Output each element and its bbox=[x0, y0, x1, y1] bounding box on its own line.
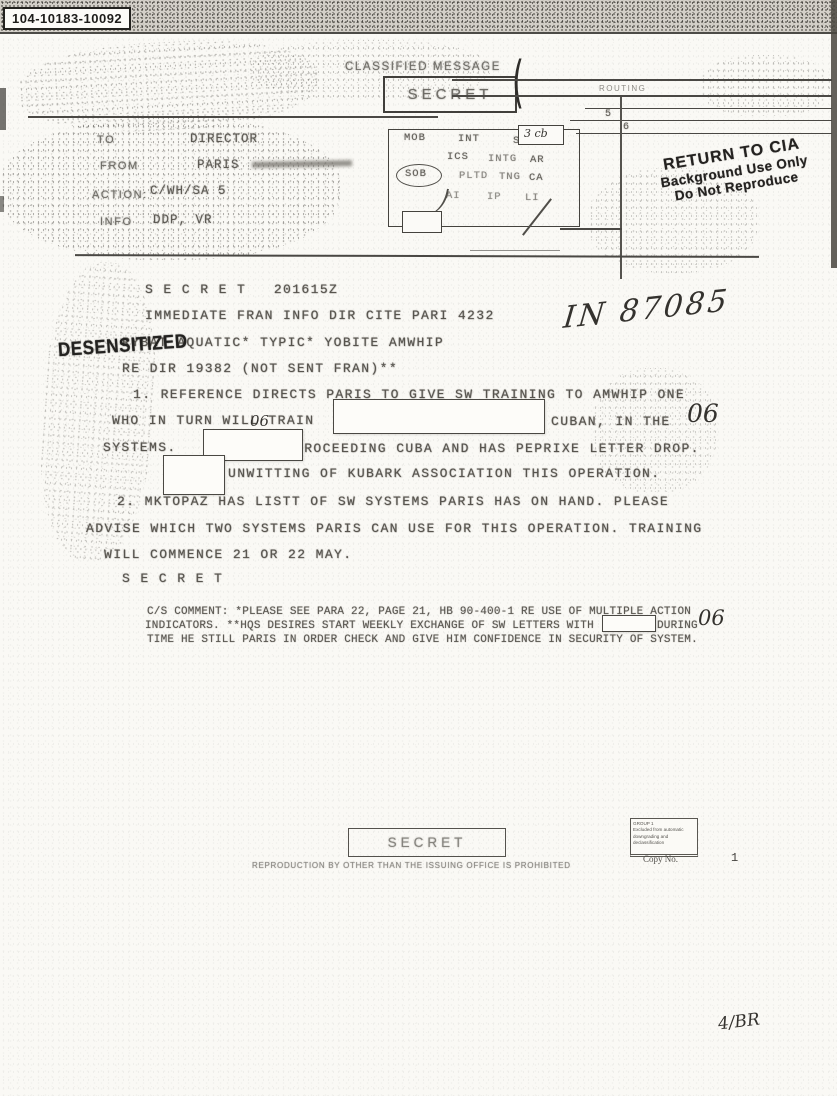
para2-line3: WILL COMMENCE 21 OR 22 MAY. bbox=[104, 547, 352, 562]
scan-edge-artifact bbox=[0, 196, 4, 212]
para1-line2b: CUBAN, IN THE bbox=[551, 414, 671, 429]
stamp-small-box bbox=[402, 211, 442, 233]
from-value: PARIS bbox=[197, 158, 240, 172]
reproduction-notice: REPRODUCTION BY OTHER THAN THE ISSUING O… bbox=[252, 861, 571, 870]
scan-edge-artifact bbox=[0, 88, 6, 130]
handwritten-note-above-redaction: 06 bbox=[250, 412, 269, 430]
action-label: ACTION: bbox=[92, 189, 148, 201]
routing-cell-ca: CA bbox=[529, 172, 544, 184]
para1-line3b: PROCEEDING CUBA AND HAS PEPRIXE LETTER D… bbox=[295, 441, 700, 456]
to-label: TO bbox=[97, 134, 115, 146]
routing-rule bbox=[585, 108, 832, 109]
handwritten-margin-note-06: 06 bbox=[687, 399, 719, 428]
routing-cell-ar: AR bbox=[530, 154, 545, 166]
routing-cell-int: INT bbox=[458, 133, 480, 145]
brace-mark: ( bbox=[512, 50, 524, 115]
action-value: C/WH/SA 5 bbox=[150, 184, 227, 198]
document-id: 104-10183-10092 bbox=[3, 7, 131, 30]
redaction-box bbox=[602, 615, 656, 632]
reference-line: RE DIR 19382 (NOT SENT FRAN)** bbox=[122, 361, 398, 376]
para1-line2a: WHO IN TURN WILL TRAIN bbox=[112, 413, 314, 428]
copy-no-label: Copy No. bbox=[643, 854, 678, 864]
info-label: INFO bbox=[100, 216, 133, 228]
classification-line: S E C R E T 201615Z bbox=[145, 282, 338, 297]
para2-line2: ADVISE WHICH TWO SYSTEMS PARIS CAN USE F… bbox=[86, 521, 703, 536]
scanned-document-page: 104-10183-10092 CLASSIFIED MESSAGE SECRE… bbox=[0, 0, 837, 1096]
redaction-box bbox=[163, 455, 225, 495]
routing-cell-ics: ICS bbox=[447, 151, 469, 163]
routing-number-5: 5 bbox=[605, 109, 612, 120]
routing-rule bbox=[570, 120, 832, 121]
routing-cell-ip: IP bbox=[487, 191, 502, 203]
routing-label: ROUTING bbox=[599, 84, 646, 93]
routing-rule bbox=[452, 95, 832, 97]
cite-line: IMMEDIATE FRAN INFO DIR CITE PARI 4232 bbox=[145, 308, 495, 323]
routing-divider bbox=[620, 97, 622, 279]
cs-comment-line2b: DURING bbox=[657, 620, 698, 632]
copy-no-value: 1 bbox=[731, 851, 738, 865]
from-label: FROM bbox=[100, 160, 139, 172]
to-value: DIRECTOR bbox=[190, 132, 258, 146]
para1-line4: UNWITTING OF KUBARK ASSOCIATION THIS OPE… bbox=[228, 466, 660, 481]
info-value: DDP, VR bbox=[153, 213, 213, 227]
routing-cell-intg: INTG bbox=[488, 153, 517, 165]
routing-rule bbox=[576, 133, 832, 134]
routing-cell-mob: MOB bbox=[404, 132, 426, 144]
routing-rule bbox=[452, 79, 832, 81]
routing-cell-pltd: PLTD bbox=[459, 170, 488, 182]
header-rule bbox=[28, 116, 438, 118]
cs-comment-line2a: INDICATORS. **HQS DESIRES START WEEKLY E… bbox=[145, 620, 594, 632]
stamp-rule bbox=[560, 228, 622, 230]
routing-cell-li: LI bbox=[525, 192, 540, 204]
redaction-box bbox=[333, 399, 545, 434]
routing-number-6: 6 bbox=[623, 122, 630, 133]
routing-cell-tng: TNG bbox=[499, 171, 521, 183]
secret-classification-stamp-bottom: SECRET bbox=[348, 828, 506, 857]
routing-cell-sob: SOB bbox=[405, 168, 427, 180]
classified-message-label: CLASSIFIED MESSAGE bbox=[345, 61, 501, 73]
group-declassification-box: GROUP 1 Excluded from automatic downgrad… bbox=[630, 818, 698, 857]
para1-line3a: SYSTEMS. bbox=[103, 440, 177, 455]
handwritten-margin-note-06: 06 bbox=[698, 606, 725, 630]
para2-line1: 2. MKTOPAZ HAS LISTT OF SW SYSTEMS PARIS… bbox=[117, 494, 669, 509]
secret-signoff: S E C R E T bbox=[122, 571, 223, 586]
section-rule-fragment bbox=[470, 250, 560, 251]
routing-note: 3 cb bbox=[524, 127, 548, 140]
fineprint-line: declassification bbox=[633, 840, 695, 846]
cs-comment-line3: TIME HE STILL PARIS IN ORDER CHECK AND G… bbox=[147, 634, 698, 646]
